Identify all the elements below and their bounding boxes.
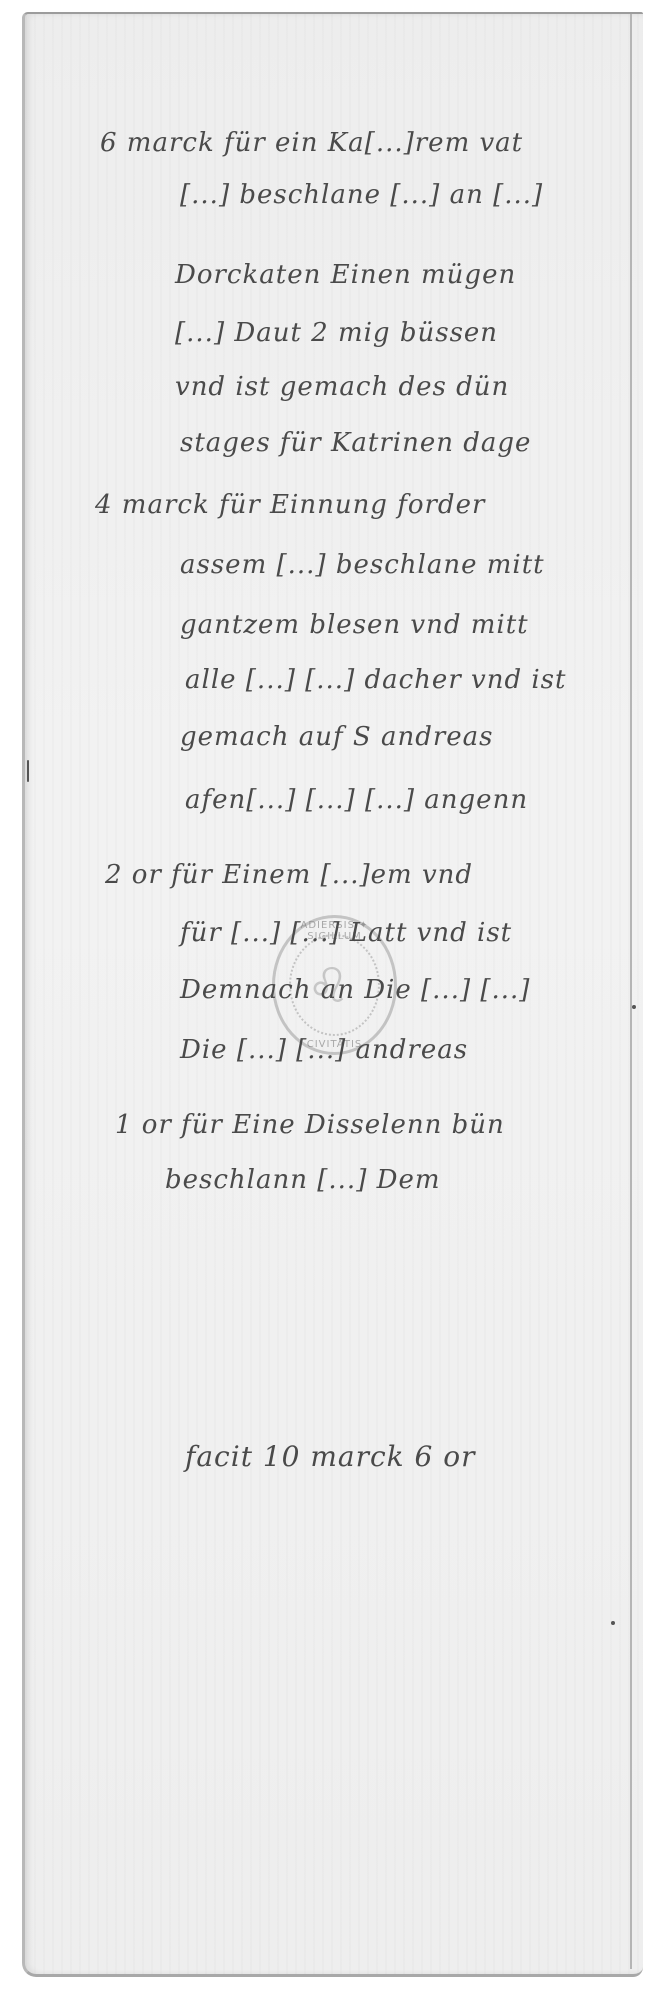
entry-1-line-6: stages für Katrinen dage xyxy=(180,428,531,458)
entry-3-line-2: für [...] [...] Latt vnd ist xyxy=(180,918,512,948)
entry-4-line-2: beschlann [...] Dem xyxy=(165,1165,440,1195)
entry-2-line-4: alle [...] [...] dacher vnd ist xyxy=(185,665,566,695)
page-fold-line xyxy=(630,14,632,1969)
entry-2-line-3: gantzem blesen vnd mitt xyxy=(180,610,529,640)
entry-2-line-1: 4 marck für Einnung forder xyxy=(95,490,485,520)
entry-3-line-3: Demnach an Die [...] [...] xyxy=(180,975,530,1005)
entry-1-line-4: [...] Daut 2 mig büssen xyxy=(175,318,498,348)
entry-4-line-1: 1 or für Eine Disselenn bün xyxy=(115,1110,505,1140)
entry-2-line-6: afen[...] [...] [...] angenn xyxy=(185,785,528,815)
entry-2-line-2: assem [...] beschlane mitt xyxy=(180,550,545,580)
entry-1-line-5: vnd ist gemach des dün xyxy=(175,372,509,402)
entry-3-line-4: Die [...] [...] andreas xyxy=(180,1035,468,1065)
margin-ink-dot xyxy=(632,1005,636,1009)
entry-3-line-1: 2 or für Einem [...]em vnd xyxy=(105,860,473,890)
entry-1-line-3: Dorckaten Einen mügen xyxy=(175,260,516,290)
entry-1-line-1: 6 marck für ein Ka[...]rem vat xyxy=(100,128,523,158)
margin-ink-dot xyxy=(611,1621,615,1625)
entry-2-line-5: gemach auf S andreas xyxy=(180,722,494,752)
margin-ink-mark xyxy=(27,760,29,782)
total-line: facit 10 marck 6 or xyxy=(185,1440,476,1473)
entry-1-line-2: [...] beschlane [...] an [...] xyxy=(180,180,543,210)
